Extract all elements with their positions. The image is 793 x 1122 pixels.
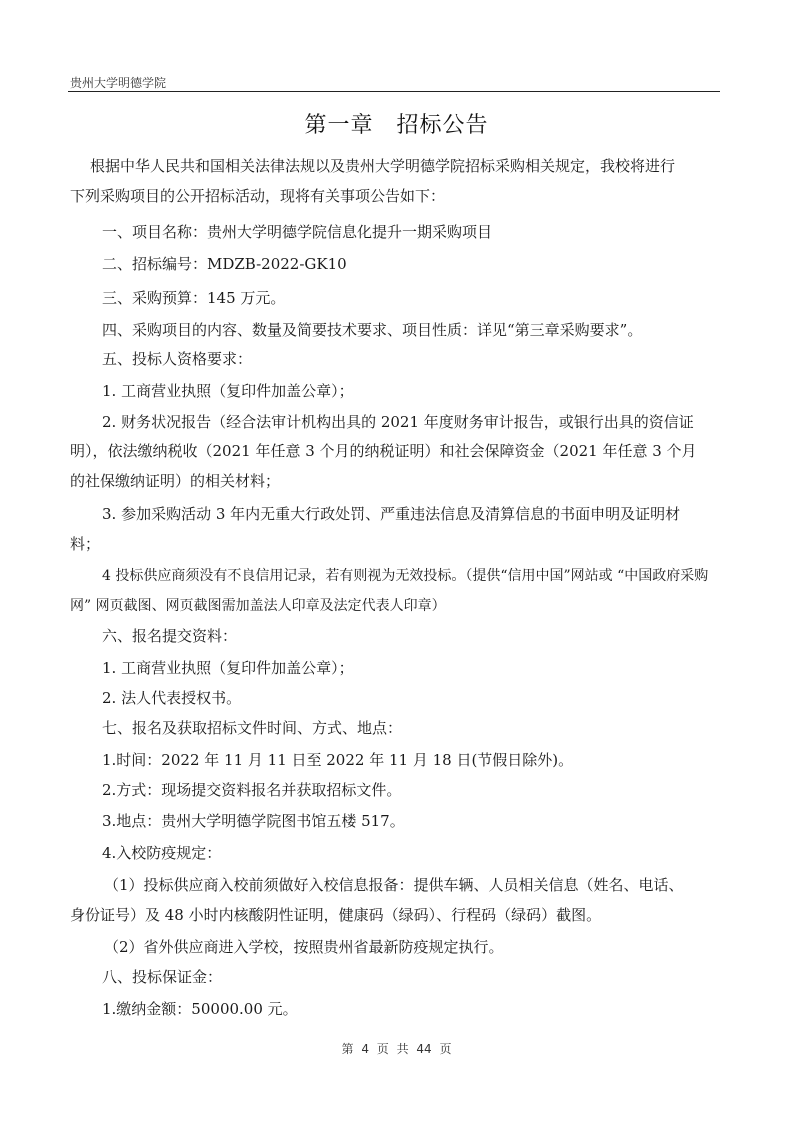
list-item: 4 投标供应商须没有不良信用记录，若有则视为无效投标。（提供“信用中国”网站或 … [102,566,708,586]
section-registration-time: 七、报名及获取招标文件时间、方式、地点： [102,718,402,738]
list-item: 4.入校防疫规定： [102,843,221,863]
list-item-cont: 料； [70,534,100,554]
list-item-cont: 的社保缴纳证明）的相关材料； [70,471,280,491]
section-qualification: 五、投标人资格要求： [102,349,252,369]
list-item: 2. 法人代表授权书。 [102,688,241,708]
list-item: 2. 财务状况报告（经合法审计机构出具的 2021 年度财务审计报告，或银行出具… [102,412,694,432]
list-item-cont: 明），依法缴纳税收（2021 年任意 3 个月的纳税证明）和社会保障资金（202… [70,441,697,461]
paragraph-line: 根据中华人民共和国相关法律法规以及贵州大学明德学院招标采购相关规定，我校将进行 [90,156,675,176]
item-budget: 三、采购预算：145 万元。 [102,288,285,308]
header-divider [68,91,720,92]
list-item: （2）省外供应商进入学校，按照贵州省最新防疫规定执行。 [104,937,504,957]
list-item: 1.时间：2022 年 11 月 11 日至 2022 年 11 月 18 日(… [102,750,573,770]
chapter-title: 第一章 招标公告 [0,108,793,139]
list-item: （1）投标供应商入校前须做好入校信息报备：提供车辆、人员相关信息（姓名、电话、 [104,875,684,895]
item-project-name: 一、项目名称：贵州大学明德学院信息化提升一期采购项目 [102,222,492,242]
list-item: 1. 工商营业执照（复印件加盖公章）； [102,658,354,678]
list-item: 1.缴纳金额：50000.00 元。 [102,999,298,1019]
list-item: 3.地点：贵州大学明德学院图书馆五楼 517。 [102,811,405,831]
section-registration-docs: 六、报名提交资料： [102,626,237,646]
item-content: 四、采购项目的内容、数量及简要技术要求、项目性质：详见“第三章采购要求”。 [102,320,642,340]
list-item-cont: 网” 网页截图、网页截图需加盖法人印章及法定代表人印章） [70,596,446,616]
item-bid-number: 二、招标编号：MDZB-2022-GK10 [102,254,347,274]
list-item: 3. 参加采购活动 3 年内无重大行政处罚、严重违法信息及清算信息的书面申明及证… [102,504,680,524]
section-bid-bond: 八、投标保证金： [102,967,222,987]
list-item-cont: 身份证号）及 48 小时内核酸阴性证明，健康码（绿码）、行程码（绿码）截图。 [70,905,601,925]
running-header: 贵州大学明德学院 [70,74,166,91]
page-number: 第 4 页 共 44 页 [0,1040,793,1057]
list-item: 2.方式：现场提交资料报名并获取招标文件。 [102,780,401,800]
list-item: 1. 工商营业执照（复印件加盖公章）； [102,381,354,401]
paragraph-line: 下列采购项目的公开招标活动，现将有关事项公告如下： [70,186,445,206]
